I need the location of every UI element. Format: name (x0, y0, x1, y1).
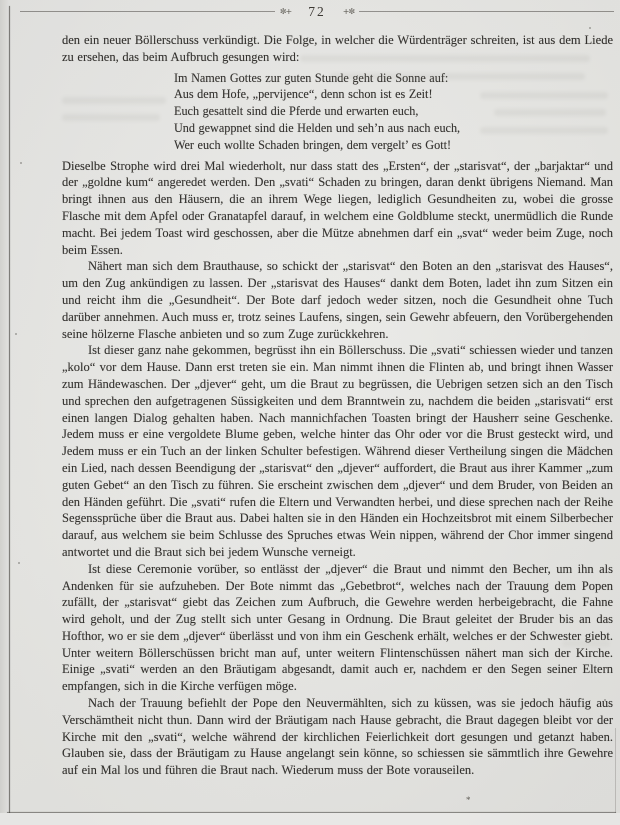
bleed-through-smudge (300, 55, 590, 62)
poem-line: Wer euch wollte Schaden bringen, dem ver… (174, 137, 613, 154)
bleed-through-smudge (566, 420, 610, 427)
scan-speck (20, 162, 22, 164)
bleed-through-smudge (62, 114, 160, 121)
scan-speck (604, 699, 606, 701)
fleuron-left-icon: ✼+ (280, 8, 291, 16)
page-left-edge-shadow (0, 0, 9, 825)
fleuron-right-icon: +✼ (343, 8, 354, 16)
paragraph: Dieselbe Strophe wird drei Mal wiederhol… (62, 158, 613, 259)
scan-speck (18, 562, 20, 564)
scan-speck (15, 333, 17, 335)
bleed-through-smudge (494, 109, 606, 116)
paragraph: Ist dieser ganz nahe gekommen, begrüsst … (62, 342, 613, 560)
scan-speck (589, 27, 591, 29)
scan-right-edge-line (615, 728, 616, 813)
scanner-bottom-strip (0, 813, 620, 825)
scan-left-edge-line (9, 6, 10, 814)
page-number: 72 (296, 5, 338, 19)
paragraph: Ist diese Ceremonie vorüber, so entlässt… (62, 561, 613, 695)
bleed-through-smudge (480, 127, 608, 134)
bleed-through-smudge (330, 73, 585, 80)
footnote-asterisk: * (466, 795, 471, 805)
running-head: ✼+ 72 +✼ (20, 5, 614, 19)
bleed-through-smudge (558, 205, 608, 212)
text-column: den ein neuer Böllerschuss verkündigt. D… (62, 32, 613, 779)
scanned-book-page: ✼+ 72 +✼ den ein neuer Böllerschuss verk… (0, 0, 620, 825)
bleed-through-smudge (480, 92, 608, 99)
bleed-through-smudge (562, 640, 610, 647)
paragraph: Nach der Trauung befiehlt der Pope den N… (62, 695, 613, 779)
header-rule-right (359, 11, 614, 12)
header-rule-left (20, 11, 275, 12)
paragraph: Nähert man sich dem Brauthause, so schic… (62, 258, 613, 342)
bleed-through-smudge (62, 97, 166, 104)
